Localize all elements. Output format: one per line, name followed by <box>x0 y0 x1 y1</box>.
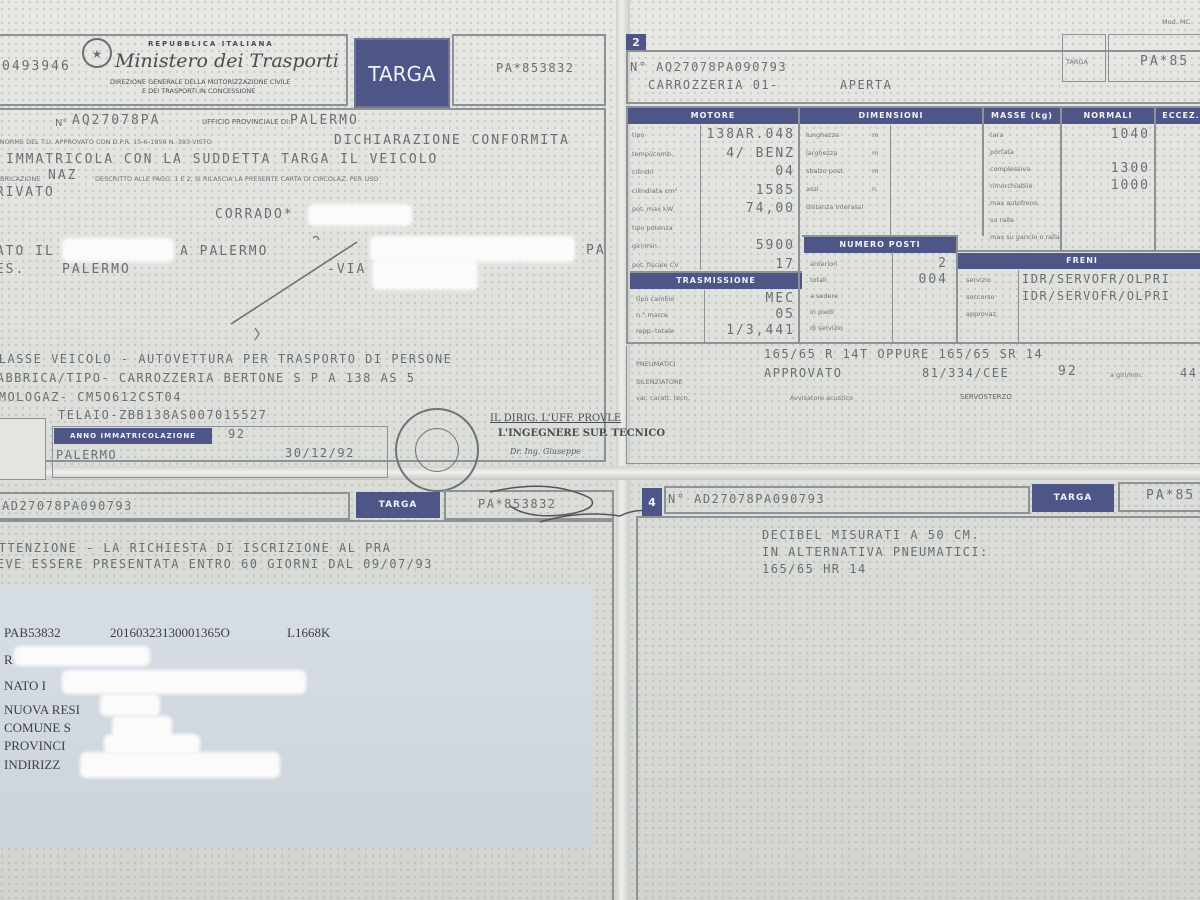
redacted-surname <box>308 204 412 226</box>
seat-spec-label: in piedi <box>810 308 834 316</box>
transmission-spec-value: 1/3,441 <box>726 323 795 338</box>
residence-prefix: RES. <box>0 262 25 277</box>
decibel-note: DECIBEL MISURATI A 50 CM. <box>762 528 980 542</box>
engine-spec-value: 4/ BENZ <box>726 146 795 161</box>
transmission-spec-label: rapp. totale <box>636 327 674 335</box>
mod-label: Mod. MC <box>1162 18 1190 26</box>
redacted-sticker-birth <box>62 670 306 694</box>
side-note-box <box>0 418 46 480</box>
engine-spec-label: tempi/comb. <box>632 150 673 158</box>
brake-spec-value: IDR/SERVOFR/OLPRI <box>1022 272 1170 286</box>
grid-line <box>892 252 893 342</box>
sticker-province: PROVINCI <box>4 738 65 754</box>
masses-header: MASSE (kg) <box>984 108 1060 124</box>
signature-name: Dr. Ing. Giuseppe <box>510 447 581 456</box>
manufacturer-type: FABBRICA/TIPO- CARROZZERIA BERTONE S P A… <box>0 371 416 385</box>
engine-spec-label: tipo <box>632 131 644 139</box>
page-4-body <box>636 516 1200 900</box>
sticker-code: 20160323130001365O <box>110 625 230 641</box>
sticker-municipality: COMUNE S <box>4 720 71 736</box>
official-stamp <box>395 408 479 492</box>
born-label: NATO IL <box>0 244 55 259</box>
mass-spec-label: portata <box>990 148 1014 156</box>
grid-line <box>1060 108 1062 250</box>
engine-spec-label: pot. max kW <box>632 205 673 213</box>
engine-spec-value: 138AR.048 <box>707 127 795 142</box>
grid-line <box>798 108 800 344</box>
residence-city: PALERMO <box>62 262 131 277</box>
pra-notice-2: DEVE ESSERE PRESENTATA ENTRO 60 GIORNI D… <box>0 557 433 571</box>
redacted-address-1 <box>370 236 575 262</box>
transmission-header: TRASMISSIONE <box>630 273 802 289</box>
handwritten-strike-mark <box>225 232 365 342</box>
dimension-spec-label: distanza interassi <box>806 203 863 211</box>
page-4-badge: 4 <box>642 488 662 518</box>
mass-spec-label: complessiva <box>990 165 1030 173</box>
grid-line <box>700 125 701 270</box>
sticker-born: NATO I <box>4 678 46 694</box>
transmission-spec-value: MEC <box>766 291 795 306</box>
targa-header: TARGA <box>354 38 450 108</box>
seats-header: NUMERO POSTI <box>804 237 956 253</box>
normal-masses-header: NORMALI <box>1062 108 1154 124</box>
mass-spec-label: tara <box>990 131 1003 139</box>
brake-spec-label: approvaz. <box>966 310 998 318</box>
seat-spec-label: di servizio <box>810 324 843 332</box>
seat-spec-label: a sedere <box>810 292 838 300</box>
engine-spec-value: 1585 <box>756 183 795 198</box>
ministry-name: Ministero dei Trasporti <box>115 50 339 72</box>
dimension-spec-label: larghezza <box>806 149 837 157</box>
page-2-number: N° AQ27078PA090793 <box>630 60 787 74</box>
targa-value: PA*853832 <box>496 61 575 75</box>
directorate-line-1: DIREZIONE GENERALE DELLA MOTORIZZAZIONE … <box>110 78 290 86</box>
page-4-targa-value: PA*85 <box>1146 488 1195 503</box>
chassis-number: TELAIO-ZBB138AS007015527 <box>58 408 267 422</box>
transmission-spec-label: tipo cambio <box>636 295 674 303</box>
republic-label: REPUBBLICA ITALIANA <box>148 40 274 48</box>
sticker-new-residence: NUOVA RESI <box>4 702 80 718</box>
law-text: LE NORME DEL T.U. APPROVATO CON D.P.R. 1… <box>0 138 212 146</box>
redacted-sticker-address <box>80 752 280 778</box>
issue-date: 30/12/92 <box>285 446 355 460</box>
engine-spec-label: pot. fiscale CV <box>632 261 679 269</box>
page-2-targa-value: PA*85 <box>1140 54 1189 69</box>
engine-spec-value: 17 <box>775 257 795 272</box>
page-3-number: AD27078PA090793 <box>2 499 133 513</box>
engine-header: MOTORE <box>628 108 798 124</box>
transmission-spec-label: n.° marce <box>636 311 668 319</box>
alternative-tyres-note: IN ALTERNATIVA PNEUMATICI: <box>762 545 989 559</box>
exceptional-masses-header: ECCEZ. <box>1156 108 1200 124</box>
mass-spec-value: 1300 <box>1111 161 1150 176</box>
mass-spec-label: rimorchiabile <box>990 182 1033 190</box>
office-label: UFFICIO PROVINCIALE DI: <box>202 118 291 126</box>
described-text: DESCRITTO ALLE PAGG. 1 E 2, SI RILASCIA … <box>95 175 378 183</box>
redacted-address-2 <box>372 260 478 290</box>
owner-first-name: CORRADO* <box>215 207 294 222</box>
fabbricazione-label: FABBRICAZIONE <box>0 175 40 183</box>
grid-line <box>802 235 958 237</box>
body-type-label: CARROZZERIA 01- <box>648 78 779 92</box>
dimension-spec-unit: m <box>872 131 878 139</box>
number-label: N° <box>55 118 67 129</box>
page-4-number: N° AD27078PA090793 <box>668 492 825 506</box>
seat-spec-value: 2 <box>938 256 948 271</box>
issue-place: PALERMO <box>56 448 117 462</box>
page-2-targa-label: TARGA <box>1066 58 1088 66</box>
document-serial: 0493946 <box>2 59 71 74</box>
registration-number: AQ27078PA <box>72 113 160 128</box>
engine-spec-value: 04 <box>775 164 795 179</box>
dimension-spec-label: lunghezza <box>806 131 839 139</box>
grid-line <box>630 271 802 273</box>
mass-spec-value: 1040 <box>1111 127 1150 142</box>
brake-spec-label: soccorso <box>966 293 995 301</box>
grid-line <box>1154 108 1156 250</box>
italian-emblem-icon: ★ <box>82 38 112 68</box>
seat-spec-label: totali <box>810 276 827 284</box>
province-suffix: PA <box>586 243 606 258</box>
grid-line <box>1018 270 1019 344</box>
alternative-tyres-value: 165/65 HR 14 <box>762 562 867 576</box>
page-2-lower-box <box>626 346 1200 464</box>
signature-title-1: IL DIRIG. L'UFF. PROVLE <box>490 413 621 424</box>
page-4-targa-label: TARGA <box>1032 484 1114 512</box>
registration-year: 92 <box>228 427 245 441</box>
dimension-spec-unit: n <box>872 185 876 193</box>
mass-spec-value: 1000 <box>1111 178 1150 193</box>
transmission-spec-value: 05 <box>775 307 795 322</box>
page-3-targa-label: TARGA <box>356 492 440 518</box>
engine-spec-label: cilindri <box>632 168 654 176</box>
dimension-spec-unit: m <box>872 149 878 157</box>
homologation: OMOLOGAZ- CM5O612CST04 <box>0 390 182 404</box>
dimension-spec-label: assi <box>806 185 819 193</box>
engine-spec-label: cilindrata cm³ <box>632 187 677 195</box>
grid-line <box>704 290 705 344</box>
engine-spec-label: tipo potenza <box>632 224 673 232</box>
grid-line <box>958 250 1200 252</box>
seat-spec-label: anteriori <box>810 260 838 268</box>
engine-spec-label: giri/min. <box>632 242 659 250</box>
body-type: APERTA <box>840 78 892 92</box>
usage-type: PRIVATO <box>0 185 55 200</box>
vehicle-class: CLASSE VEICOLO - AUTOVETTURA PER TRASPOR… <box>0 352 452 366</box>
redacted-sticker-residence <box>100 694 160 716</box>
mass-spec-label: su ralla <box>990 216 1014 224</box>
sticker-surname-initial: R <box>4 652 13 668</box>
engine-spec-value: 5900 <box>756 238 795 253</box>
sticker-plate: PAB53832 <box>4 625 61 641</box>
pra-notice-1: ATTENZIONE - LA RICHIESTA DI ISCRIZIONE … <box>0 541 391 555</box>
redacted-sticker-province <box>104 734 200 754</box>
redacted-birth-date <box>62 238 174 262</box>
mass-spec-label: max autofreno <box>990 199 1038 207</box>
sticker-address: INDIRIZZ <box>4 757 60 773</box>
mass-spec-label: max su gancio o ralla <box>990 233 1060 241</box>
registration-year-header: ANNO IMMATRICOLAZIONE <box>54 428 212 444</box>
grid-line <box>890 125 891 235</box>
sticker-ref: L1668K <box>287 625 330 641</box>
declaration-text: DICHIARAZIONE CONFORMITA <box>334 133 570 148</box>
directorate-line-2: E DEI TRASPORTI IN CONCESSIONE <box>142 87 255 95</box>
engine-spec-value: 74,00 <box>746 201 795 216</box>
office-value: PALERMO <box>290 113 359 128</box>
dimension-spec-unit: m <box>872 167 878 175</box>
seat-spec-value: 004 <box>919 272 948 287</box>
dimension-spec-label: sbalzo post. <box>806 167 845 175</box>
fabbricazione-value: NAZ <box>48 168 77 183</box>
brakes-header: FRENI <box>958 253 1200 269</box>
grid-line <box>982 108 984 236</box>
dimensions-header: DIMENSIONI <box>800 108 982 124</box>
registration-line: IMMATRICOLA CON LA SUDDETTA TARGA IL VEI… <box>6 152 438 167</box>
brake-spec-label: servizio <box>966 276 991 284</box>
brake-spec-value: IDR/SERVOFR/OLPRI <box>1022 289 1170 303</box>
redacted-sticker-surname <box>14 646 150 666</box>
